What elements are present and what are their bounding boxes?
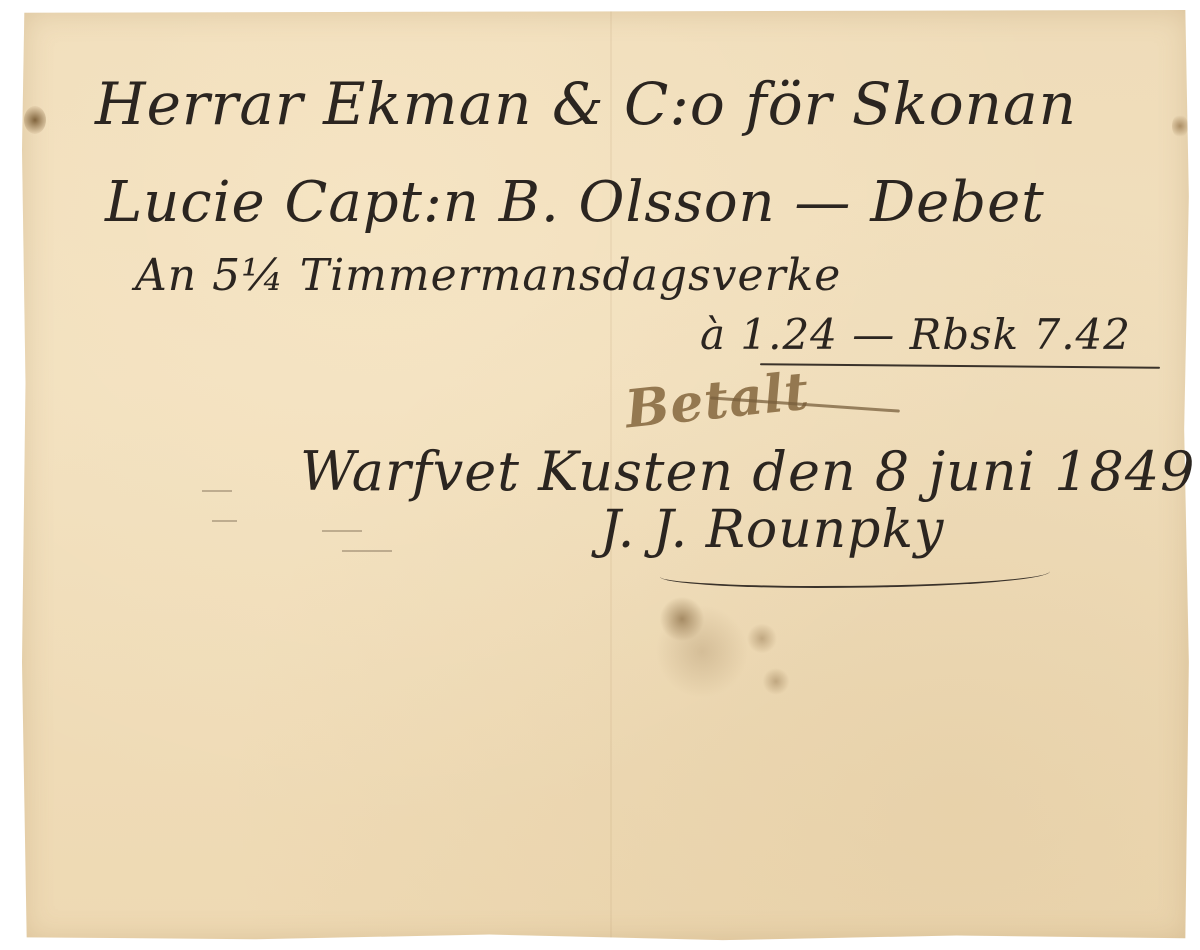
signature: J. J. Rounpky: [600, 500, 944, 560]
work-description-line: An 5¼ Timmermansdagsverke: [135, 250, 841, 301]
ink-stain: [1172, 114, 1188, 138]
place-date-line: Warfvet Kusten den 8 juni 1849.: [300, 440, 1200, 503]
vessel-captain-line: Lucie Capt:n B. Olsson — Debet: [105, 170, 1045, 235]
ink-stain: [24, 106, 46, 134]
amount-line: à 1.24 — Rbsk 7.42: [700, 310, 1131, 359]
addressee-line: Herrar Ekman & C:o för Skonan: [95, 70, 1077, 138]
ink-splatter: [612, 580, 812, 710]
